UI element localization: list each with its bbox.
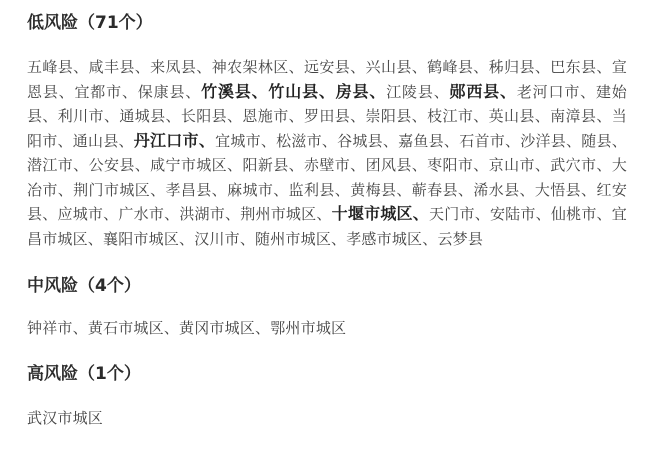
region-item: 松滋市、 (276, 132, 337, 150)
region-item: 五峰县、 (27, 58, 89, 76)
region-item: 咸丰县、 (89, 58, 151, 76)
medium-risk-list: 钟祥市、黄石市城区、黄冈市城区、鄂州市城区 (27, 316, 627, 341)
region-item: 宜城市、 (215, 132, 276, 150)
region-item: 蕲春县、 (412, 181, 474, 199)
region-item: 赤壁市、 (304, 156, 366, 174)
region-item: 京山市、 (489, 156, 551, 174)
region-item: 应城市、 (57, 205, 118, 223)
region-item: 宜都市、 (74, 83, 137, 101)
region-item: 保康县、 (138, 83, 201, 101)
region-item: 黄梅县、 (350, 181, 412, 199)
region-item: 利川市、 (58, 107, 120, 125)
region-item: 鹤峰县、 (427, 58, 489, 76)
region-item: 黄石市城区、 (88, 319, 179, 337)
region-item: 仙桃市、 (551, 205, 612, 223)
region-item: 枝江市、 (427, 107, 489, 125)
region-item: 随县、 (581, 132, 627, 150)
region-item: 竹溪县、 (201, 82, 268, 101)
region-item: 郧西县、 (450, 82, 517, 101)
region-item: 团风县、 (366, 156, 428, 174)
region-item: 襄阳市城区、 (103, 230, 194, 248)
region-item: 随州市城区、 (255, 230, 346, 248)
region-item: 浠水县、 (473, 181, 535, 199)
region-item: 英山县、 (489, 107, 551, 125)
region-item: 老河口市、 (517, 83, 596, 101)
low-risk-list: 五峰县、咸丰县、来凤县、神农架林区、远安县、兴山县、鹤峰县、秭归县、巴东县、宣恩… (27, 55, 627, 251)
region-item: 十堰市城区、 (332, 204, 429, 223)
region-item: 公安县、 (89, 156, 151, 174)
region-item: 崇阳县、 (366, 107, 428, 125)
region-item: 广水市、 (118, 205, 179, 223)
region-item: 黄冈市城区、 (179, 319, 270, 337)
region-item: 监利县、 (289, 181, 351, 199)
region-item: 孝昌县、 (166, 181, 228, 199)
region-item: 罗田县、 (304, 107, 366, 125)
region-item: 钟祥市、 (27, 319, 88, 337)
region-item: 长阳县、 (181, 107, 243, 125)
region-item: 潜江市、 (27, 156, 89, 174)
region-item: 武穴市、 (550, 156, 612, 174)
region-item: 武汉市城区 (27, 409, 103, 427)
region-item: 汉川市、 (194, 230, 255, 248)
region-item: 云梦县 (437, 230, 483, 248)
region-item: 孝感市城区、 (346, 230, 437, 248)
region-item: 秭归县、 (489, 58, 551, 76)
region-item: 房县、 (336, 82, 386, 101)
region-item: 枣阳市、 (427, 156, 489, 174)
region-item: 沙洋县、 (520, 132, 581, 150)
region-item: 神农架林区、 (212, 58, 304, 76)
region-item: 竹山县、 (268, 82, 335, 101)
region-item: 大悟县、 (535, 181, 597, 199)
region-item: 江陵县、 (386, 83, 449, 101)
region-item: 来凤县、 (150, 58, 212, 76)
region-item: 兴山县、 (366, 58, 428, 76)
region-item: 谷城县、 (337, 132, 398, 150)
region-item: 荆州市城区、 (240, 205, 331, 223)
region-item: 咸宁市城区、 (150, 156, 242, 174)
region-item: 丹江口市、 (134, 131, 215, 150)
region-item: 通山县、 (73, 132, 134, 150)
region-item: 远安县、 (304, 58, 366, 76)
risk-article: 低风险（71个） 五峰县、咸丰县、来凤县、神农架林区、远安县、兴山县、鹤峰县、秭… (0, 0, 649, 430)
high-risk-list: 武汉市城区 (27, 406, 627, 431)
region-item: 洪湖市、 (179, 205, 240, 223)
region-item: 阳新县、 (242, 156, 304, 174)
region-item: 荆门市城区、 (73, 181, 165, 199)
region-item: 南漳县、 (550, 107, 612, 125)
region-item: 麻城市、 (227, 181, 289, 199)
low-risk-heading: 低风险（71个） (27, 0, 627, 35)
region-item: 鄂州市城区 (270, 319, 346, 337)
region-item: 安陆市、 (490, 205, 551, 223)
region-item: 石首市、 (459, 132, 520, 150)
region-item: 通城县、 (119, 107, 181, 125)
region-item: 巴东县、 (550, 58, 612, 76)
region-item: 天门市、 (429, 205, 490, 223)
medium-risk-heading: 中风险（4个） (27, 274, 627, 298)
region-item: 恩施市、 (242, 107, 304, 125)
high-risk-heading: 高风险（1个） (27, 362, 627, 386)
region-item: 嘉鱼县、 (398, 132, 459, 150)
